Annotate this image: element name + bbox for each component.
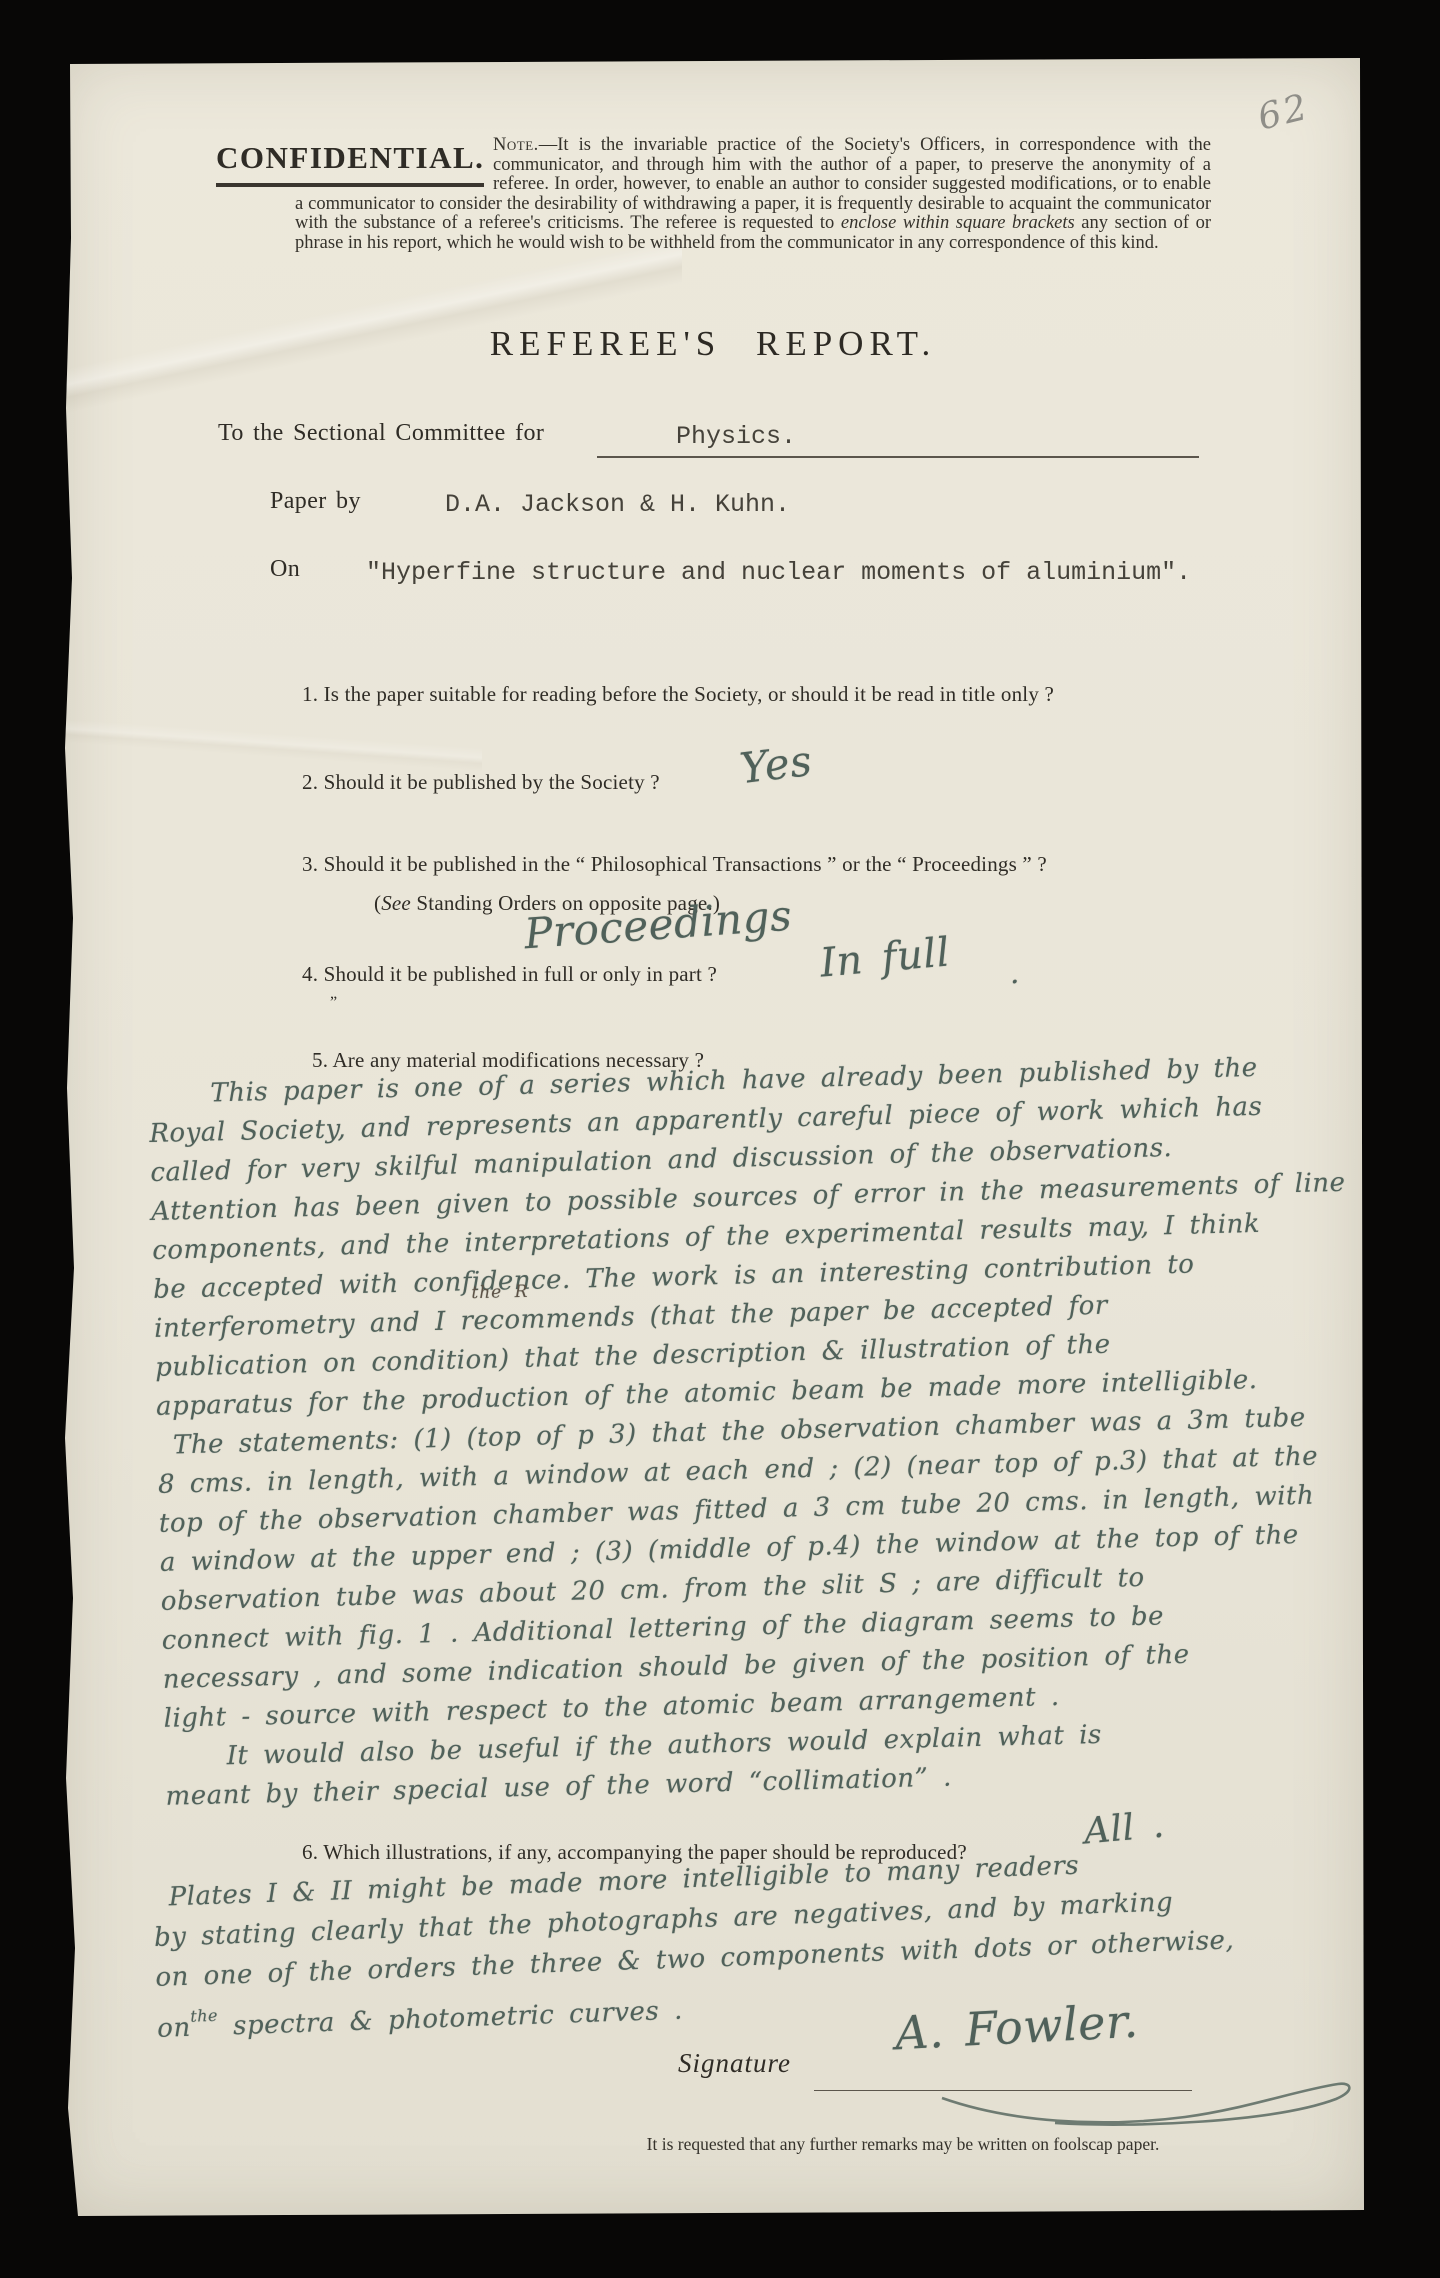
- note-wrap-spacer: [295, 136, 493, 176]
- signature-label: Signature: [678, 2048, 791, 2079]
- remarks-line-segment: spectra & photometric curves .: [218, 1996, 683, 2042]
- remarks-q5-handwritten: the R This paper is one of a series whic…: [148, 1046, 1376, 1816]
- remarks-q6-handwritten: Plates I & II might be made more intelli…: [152, 1836, 1367, 2049]
- scanned-document-stage: 62 CONFIDENTIAL. Note.—It is the invaria…: [0, 0, 1440, 2278]
- note-prefix: Note.: [493, 135, 539, 155]
- on-label: On: [270, 556, 300, 583]
- paper-crease: [62, 228, 682, 418]
- question-2: 2. Should it be published by the Society…: [302, 770, 660, 795]
- committee-field-value: Physics.: [676, 422, 796, 451]
- on-value: "Hyperfine structure and nuclear moments…: [366, 558, 1191, 587]
- committee-field-label: To the Sectional Committee for: [218, 420, 544, 447]
- question-1: 1. Is the paper suitable for reading bef…: [302, 682, 1054, 707]
- answer-4-period: .: [1010, 956, 1020, 991]
- paper-by-label: Paper by: [270, 488, 361, 515]
- handwritten-insertion: the R: [471, 1273, 529, 1313]
- footer-instruction: It is requested that any further remarks…: [468, 2134, 1338, 2155]
- subnote-see-italic: See: [381, 891, 411, 915]
- signature-flourish: [940, 2070, 1360, 2140]
- page-title: REFEREE'S REPORT.: [62, 324, 1364, 364]
- remarks-line-segment: on: [157, 2013, 191, 2044]
- note-italic-phrase: enclose within square brackets: [841, 213, 1075, 233]
- referee-report-page: 62 CONFIDENTIAL. Note.—It is the invaria…: [62, 58, 1364, 2216]
- folio-number-pencil: 62: [1254, 86, 1314, 138]
- handwritten-insertion: the: [190, 2006, 218, 2026]
- stray-mark: „: [330, 985, 337, 1003]
- question-4: 4. Should it be published in full or onl…: [302, 962, 717, 987]
- confidential-note: Note.—It is the invariable practice of t…: [295, 136, 1211, 254]
- answer-2-handwritten: Yes: [737, 736, 814, 793]
- paper-by-value: D.A. Jackson & H. Kuhn.: [445, 490, 790, 519]
- answer-4-handwritten: In full: [818, 929, 951, 986]
- question-3: 3. Should it be published in the “ Philo…: [302, 852, 1047, 877]
